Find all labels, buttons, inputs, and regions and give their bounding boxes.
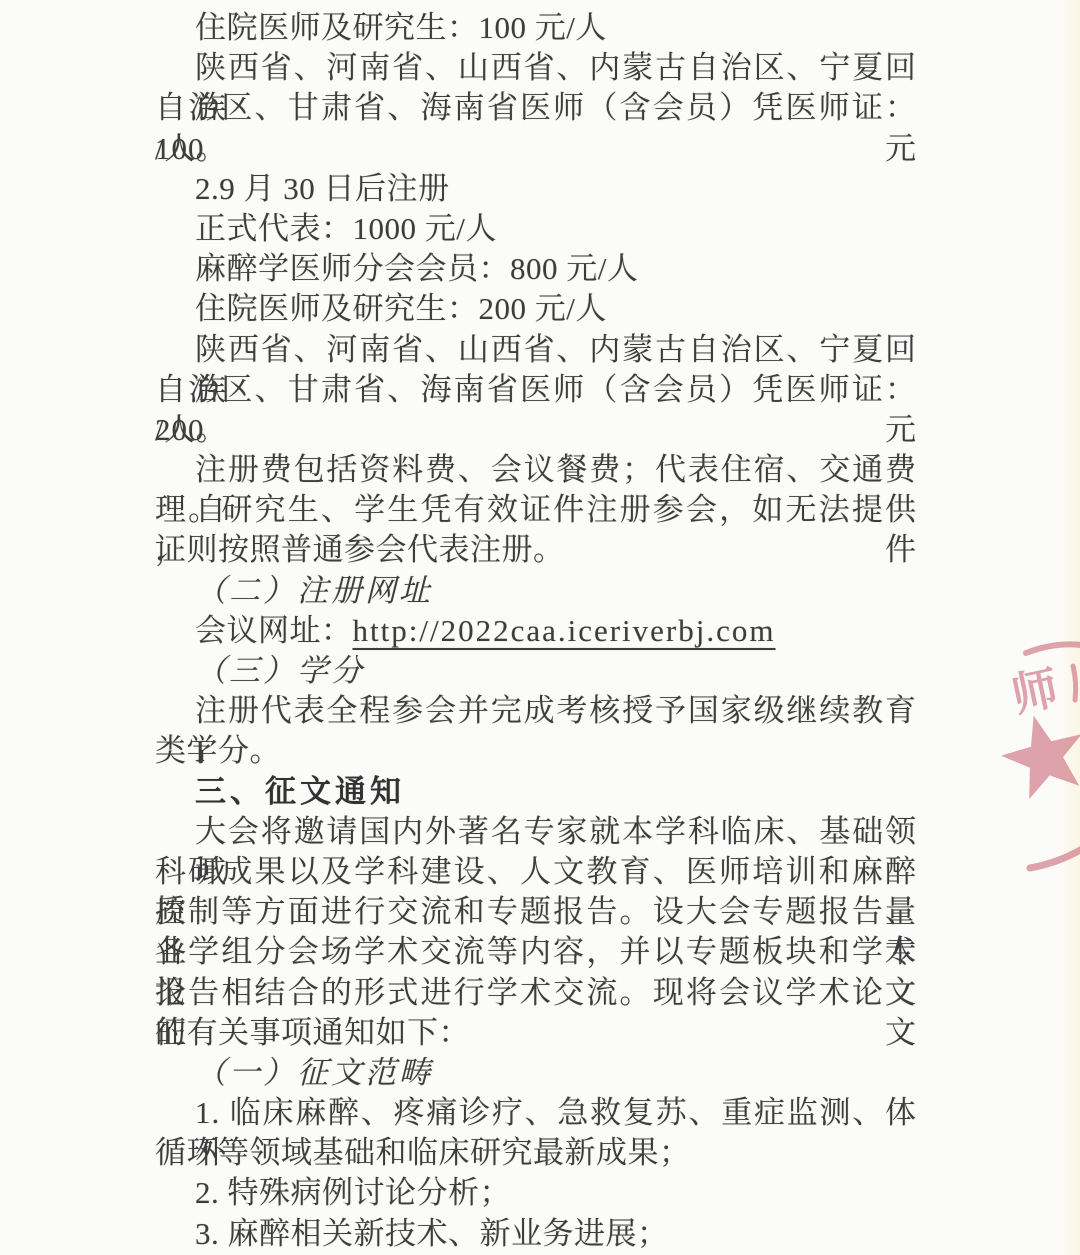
text-line: 住院医师及研究生：100 元/人 (155, 8, 917, 48)
text-line: 自治区、甘肃省、海南省医师（含会员）凭医师证：100 元 (155, 88, 917, 128)
scan-edge-shading (1058, 0, 1080, 1255)
seal-bottom-arc (1030, 849, 1080, 868)
text-line: 1. 临床麻醉、疼痛诊疗、急救复苏、重症监测、体外 (155, 1093, 917, 1133)
text-line: 大会将邀请国内外著名专家就本学科临床、基础领域 (155, 812, 917, 852)
text-line: 2. 特殊病例讨论分析； (155, 1173, 917, 1213)
text-line: 报告相结合的形式进行学术交流。现将会议学术论文征文 (155, 973, 917, 1013)
text-line: 类学分。 (155, 731, 917, 771)
text-line: 麻醉学医师分会会员：800 元/人 (155, 249, 917, 289)
text-line: 陕西省、河南省、山西省、内蒙古自治区、宁夏回族 (155, 330, 917, 370)
conference-url-link[interactable]: http://2022caa.iceriverbj.com (353, 613, 776, 648)
document-body: 住院医师及研究生：100 元/人陕西省、河南省、山西省、内蒙古自治区、宁夏回族自… (155, 8, 917, 1254)
text-line: 理。研究生、学生凭有效证件注册参会，如无法提供证件 (155, 490, 917, 530)
text-line: 住院医师及研究生：200 元/人 (155, 289, 917, 329)
text-line: 2.9 月 30 日后注册 (155, 169, 917, 209)
url-label: 会议网址： (195, 613, 353, 648)
sub-heading: （二）注册网址 (155, 571, 917, 611)
seal-star-icon (1001, 716, 1080, 800)
sub-heading: （三）学分 (155, 651, 917, 691)
text-line: 业学组分会场学术交流等内容，并以专题板块和学术论文 (155, 932, 917, 972)
text-line: 正式代表：1000 元/人 (155, 209, 917, 249)
text-line: 注册代表全程参会并完成考核授予国家级继续教育 I (155, 691, 917, 731)
official-red-seal-fragment: 师 (960, 600, 1080, 900)
section-heading: 三、征文通知 (155, 772, 917, 812)
seal-character-fragment (1073, 666, 1076, 700)
text-line: 会议网址：http://2022caa.iceriverbj.com (155, 611, 917, 651)
text-line: 控制等方面进行交流和专题报告。设大会专题报告、各专 (155, 892, 917, 932)
text-line: 陕西省、河南省、山西省、内蒙古自治区、宁夏回族 (155, 48, 917, 88)
sub-heading: （一）征文范畴 (155, 1053, 917, 1093)
text-line: 3. 麻醉相关新技术、新业务进展； (155, 1214, 917, 1254)
seal-top-arc (1026, 644, 1080, 653)
seal-character: 师 (1007, 662, 1063, 721)
text-line: 自治区、甘肃省、海南省医师（含会员）凭医师证：200 元 (155, 370, 917, 410)
text-line: 循环等领域基础和临床研究最新成果； (155, 1133, 917, 1173)
text-line: 科研成果以及学科建设、人文教育、医师培训和麻醉质量 (155, 852, 917, 892)
text-line: 注册费包括资料费、会议餐费；代表住宿、交通费自 (155, 450, 917, 490)
scanned-document-page: 住院医师及研究生：100 元/人陕西省、河南省、山西省、内蒙古自治区、宁夏回族自… (0, 0, 1080, 1255)
